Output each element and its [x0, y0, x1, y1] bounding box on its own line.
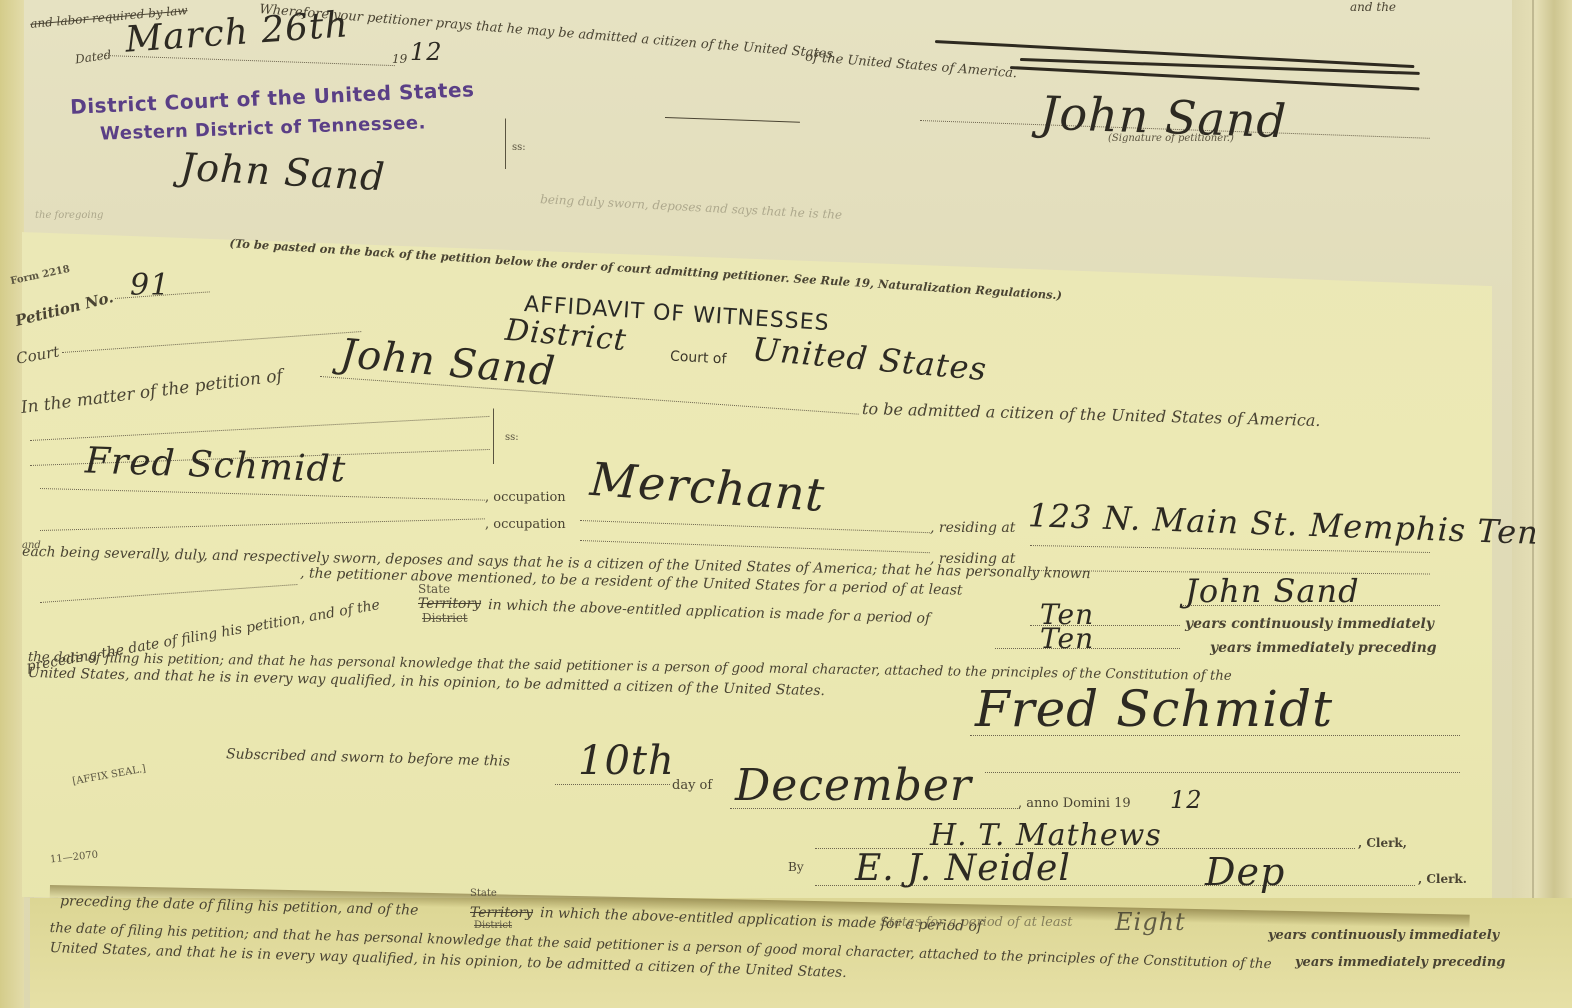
lower-at-least: States for a period of at least — [880, 915, 1073, 930]
day-value: 10th — [578, 738, 675, 784]
state-overwrite: State — [418, 582, 450, 596]
jurat-year-suffix: 12 — [1170, 786, 1203, 814]
deputy-abbrev: Dep — [1205, 850, 1285, 894]
lower-years-preceding: years immediately preceding — [1295, 955, 1505, 970]
venue-bracket — [497, 118, 506, 169]
lower-at-least-years: Eight — [1115, 908, 1186, 936]
territory-struck: Territory — [418, 596, 481, 612]
jurat-top-line — [985, 772, 1460, 773]
faded-left-fragment: the foregoing — [35, 210, 103, 221]
deputy-clerk-label: , Clerk. — [1418, 872, 1467, 886]
lower-district-struck: District — [474, 920, 512, 931]
signature-caption: (Signature of petitioner.) — [1108, 133, 1234, 144]
book-binding-edge — [0, 0, 24, 1008]
affidavit-ss: ss: — [505, 432, 519, 443]
witness1-residing-label: , residing at — [930, 520, 1015, 536]
years-immediately: years immediately preceding — [1210, 640, 1437, 656]
clerk-label: , Clerk, — [1358, 836, 1407, 850]
lower-state-above: State — [470, 888, 497, 899]
top-right-fragment: and the — [1350, 0, 1396, 14]
state-years: Ten — [1040, 622, 1094, 655]
lower-territory-struck: Territory — [470, 905, 533, 921]
lower-years-continuously: years continuously immediately — [1268, 928, 1499, 943]
court-of-label: Court of — [670, 349, 727, 368]
page-fold-line — [1532, 0, 1534, 1008]
affidavit-venue-bracket — [485, 408, 494, 464]
dated-year-suffix: 12 — [410, 38, 443, 66]
dated-year-prefix: 19 — [392, 52, 407, 66]
deputy-signature: E. J. Neidel — [855, 848, 1071, 889]
month-value: December — [735, 760, 972, 811]
venue-ss: ss: — [512, 142, 526, 153]
anno-domini-label: , anno Domini 19 — [1018, 796, 1131, 811]
witness-signature: Fred Schmidt — [975, 680, 1333, 738]
years-continuously: years continuously immediately — [1185, 616, 1434, 632]
witness1-occupation-label: , occupation — [485, 490, 566, 505]
known-name: John Sand — [1185, 572, 1360, 610]
page-edge-right — [1512, 0, 1572, 1008]
day-of-label: day of — [672, 778, 712, 793]
by-label: By — [788, 860, 804, 874]
witness2-occupation-label: , occupation — [485, 517, 566, 532]
day-line — [555, 784, 670, 785]
petition-no-value: 91 — [130, 268, 170, 303]
district-struck: District — [422, 611, 468, 625]
